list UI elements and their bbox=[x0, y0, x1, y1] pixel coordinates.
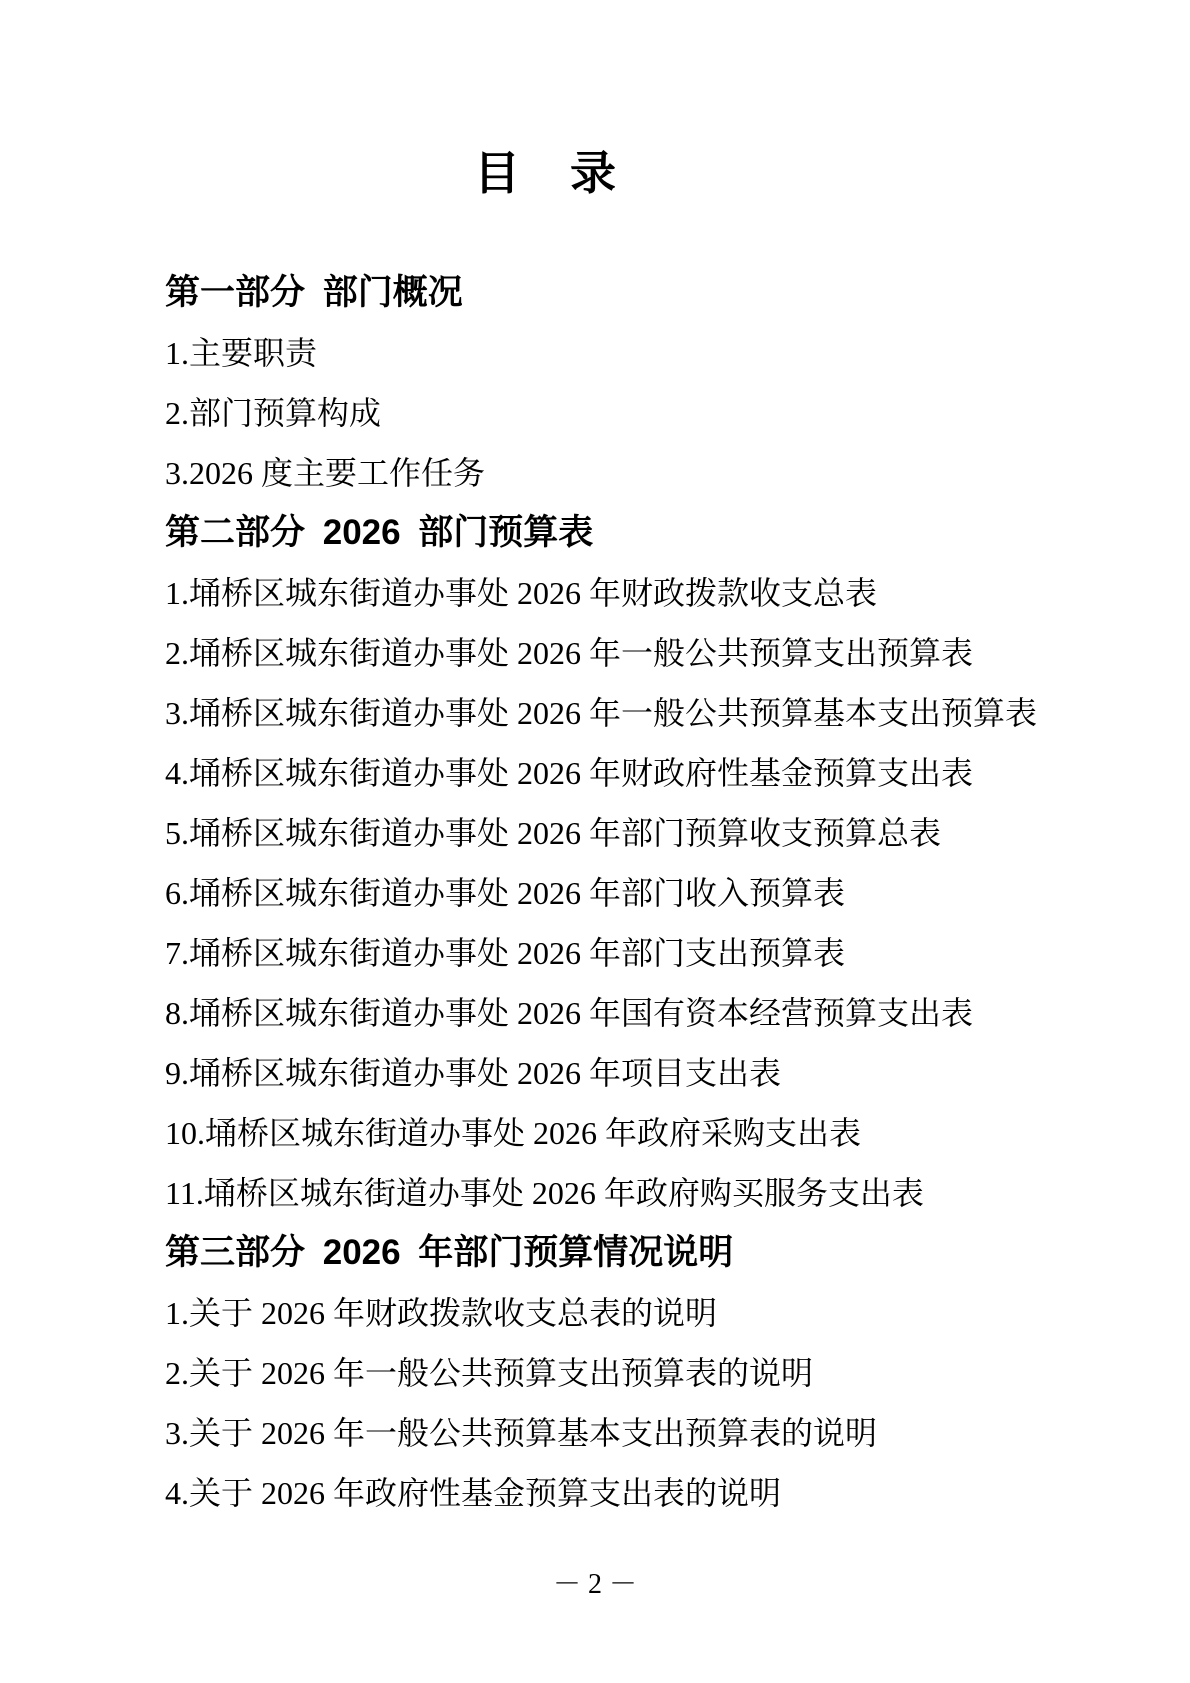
toc-item: 9.埇桥区城东街道办事处 2026 年项目支出表 bbox=[165, 1043, 1090, 1103]
toc-section-heading-part3: 第三部分 2026 年部门预算情况说明 bbox=[165, 1223, 1090, 1283]
toc-item: 3.埇桥区城东街道办事处 2026 年一般公共预算基本支出预算表 bbox=[165, 683, 1090, 743]
toc-item: 8.埇桥区城东街道办事处 2026 年国有资本经营预算支出表 bbox=[165, 983, 1090, 1043]
toc-item: 2.部门预算构成 bbox=[165, 383, 1090, 443]
toc-item: 11.埇桥区城东街道办事处 2026 年政府购买服务支出表 bbox=[165, 1163, 1090, 1223]
document-title: 目 录 bbox=[0, 148, 1141, 199]
toc-item: 4.关于 2026 年政府性基金预算支出表的说明 bbox=[165, 1463, 1090, 1523]
toc-item: 1.关于 2026 年财政拨款收支总表的说明 bbox=[165, 1283, 1090, 1343]
toc-item: 10.埇桥区城东街道办事处 2026 年政府采购支出表 bbox=[165, 1103, 1090, 1163]
page-number: － 2 － bbox=[0, 1568, 1190, 1602]
toc-item: 2.关于 2026 年一般公共预算支出预算表的说明 bbox=[165, 1343, 1090, 1403]
toc-section-heading-part1: 第一部分 部门概况 bbox=[165, 263, 1090, 323]
toc-item: 3.2026 度主要工作任务 bbox=[165, 443, 1090, 503]
toc-item: 4.埇桥区城东街道办事处 2026 年财政府性基金预算支出表 bbox=[165, 743, 1090, 803]
toc-item: 7.埇桥区城东街道办事处 2026 年部门支出预算表 bbox=[165, 923, 1090, 983]
toc-section-heading-part2: 第二部分 2026 部门预算表 bbox=[165, 503, 1090, 563]
toc-item: 5.埇桥区城东街道办事处 2026 年部门预算收支预算总表 bbox=[165, 803, 1090, 863]
document-page: 目 录 第一部分 部门概况 1.主要职责 2.部门预算构成 3.2026 度主要… bbox=[0, 0, 1190, 1683]
toc-item: 3.关于 2026 年一般公共预算基本支出预算表的说明 bbox=[165, 1403, 1090, 1463]
toc-item: 6.埇桥区城东街道办事处 2026 年部门收入预算表 bbox=[165, 863, 1090, 923]
table-of-contents: 第一部分 部门概况 1.主要职责 2.部门预算构成 3.2026 度主要工作任务… bbox=[165, 263, 1090, 1523]
toc-item: 2.埇桥区城东街道办事处 2026 年一般公共预算支出预算表 bbox=[165, 623, 1090, 683]
toc-item: 1.埇桥区城东街道办事处 2026 年财政拨款收支总表 bbox=[165, 563, 1090, 623]
toc-item: 1.主要职责 bbox=[165, 323, 1090, 383]
